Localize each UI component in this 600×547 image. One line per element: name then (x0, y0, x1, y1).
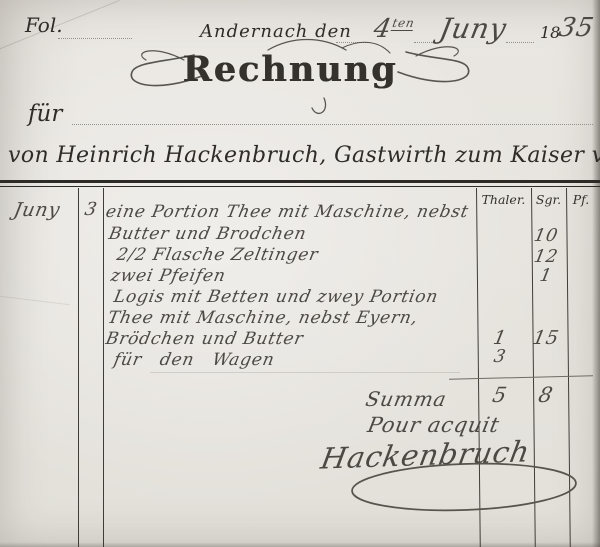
invoice-line: für den Wagen (112, 350, 276, 370)
fol-dotted-line (58, 37, 132, 39)
amount-sgr: 15 (526, 327, 566, 349)
date-dotted-line (506, 41, 534, 43)
entry-day: 3 (83, 199, 99, 220)
amount-sgr: 1 (526, 266, 566, 286)
for-label: für (28, 101, 62, 127)
place-date-prefix: Andernach den (200, 21, 352, 42)
table-column-line (103, 188, 104, 547)
summa-label: Summa (364, 387, 449, 411)
date-day-suffix: ten (391, 16, 416, 31)
invoice-line: Butter und Brodchen (107, 224, 308, 244)
table-top-rule-thin (0, 186, 600, 187)
signature-flourish-ellipse (348, 460, 580, 514)
column-header-thaler: Thaler. (476, 192, 531, 207)
paper-crease (150, 372, 460, 373)
amount-sgr: 12 (526, 247, 566, 267)
table-column-line (78, 188, 79, 547)
date-year-written: 35 (556, 13, 597, 43)
summa-thaler: 5 (472, 383, 529, 407)
column-header-pf: Pf. (566, 192, 596, 207)
invoice-line: Thee mit Maschine, nebst Eyern, (106, 308, 420, 328)
amount-sgr: 10 (526, 226, 566, 246)
pour-acquit-note: Pour acquit (366, 413, 502, 437)
amount-thaler: 1 (472, 327, 528, 349)
scan-edge-shadow (0, 542, 600, 547)
document-title: Rechnung (150, 49, 430, 90)
invoice-line: eine Portion Thee mit Maschine, nebst (104, 202, 470, 222)
invoice-line: Logis mit Betten und zwey Portion (112, 287, 440, 307)
invoice-line: 2/2 Flasche Zeltinger (115, 245, 320, 265)
entry-month: Juny (12, 199, 62, 221)
summa-sgr: 8 (526, 383, 567, 407)
scan-edge-shadow (592, 0, 600, 547)
issuer-line: von Heinrich Hackenbruch, Gastwirth zum … (8, 143, 600, 168)
invoice-line: zwei Pfeifen (109, 266, 227, 286)
table-top-rule-thick (0, 180, 600, 183)
fol-label: Fol. (25, 13, 63, 37)
invoice-document: Fol. Andernach den 4ten Juny 18 35 Rechn… (0, 0, 600, 547)
amount-thaler: 3 (472, 347, 528, 367)
column-header-sgr: Sgr. (531, 192, 566, 207)
for-dotted-line (72, 123, 593, 125)
sum-underline (449, 375, 593, 380)
invoice-line: Brödchen und Butter (104, 329, 305, 349)
paper-crease (0, 296, 70, 306)
